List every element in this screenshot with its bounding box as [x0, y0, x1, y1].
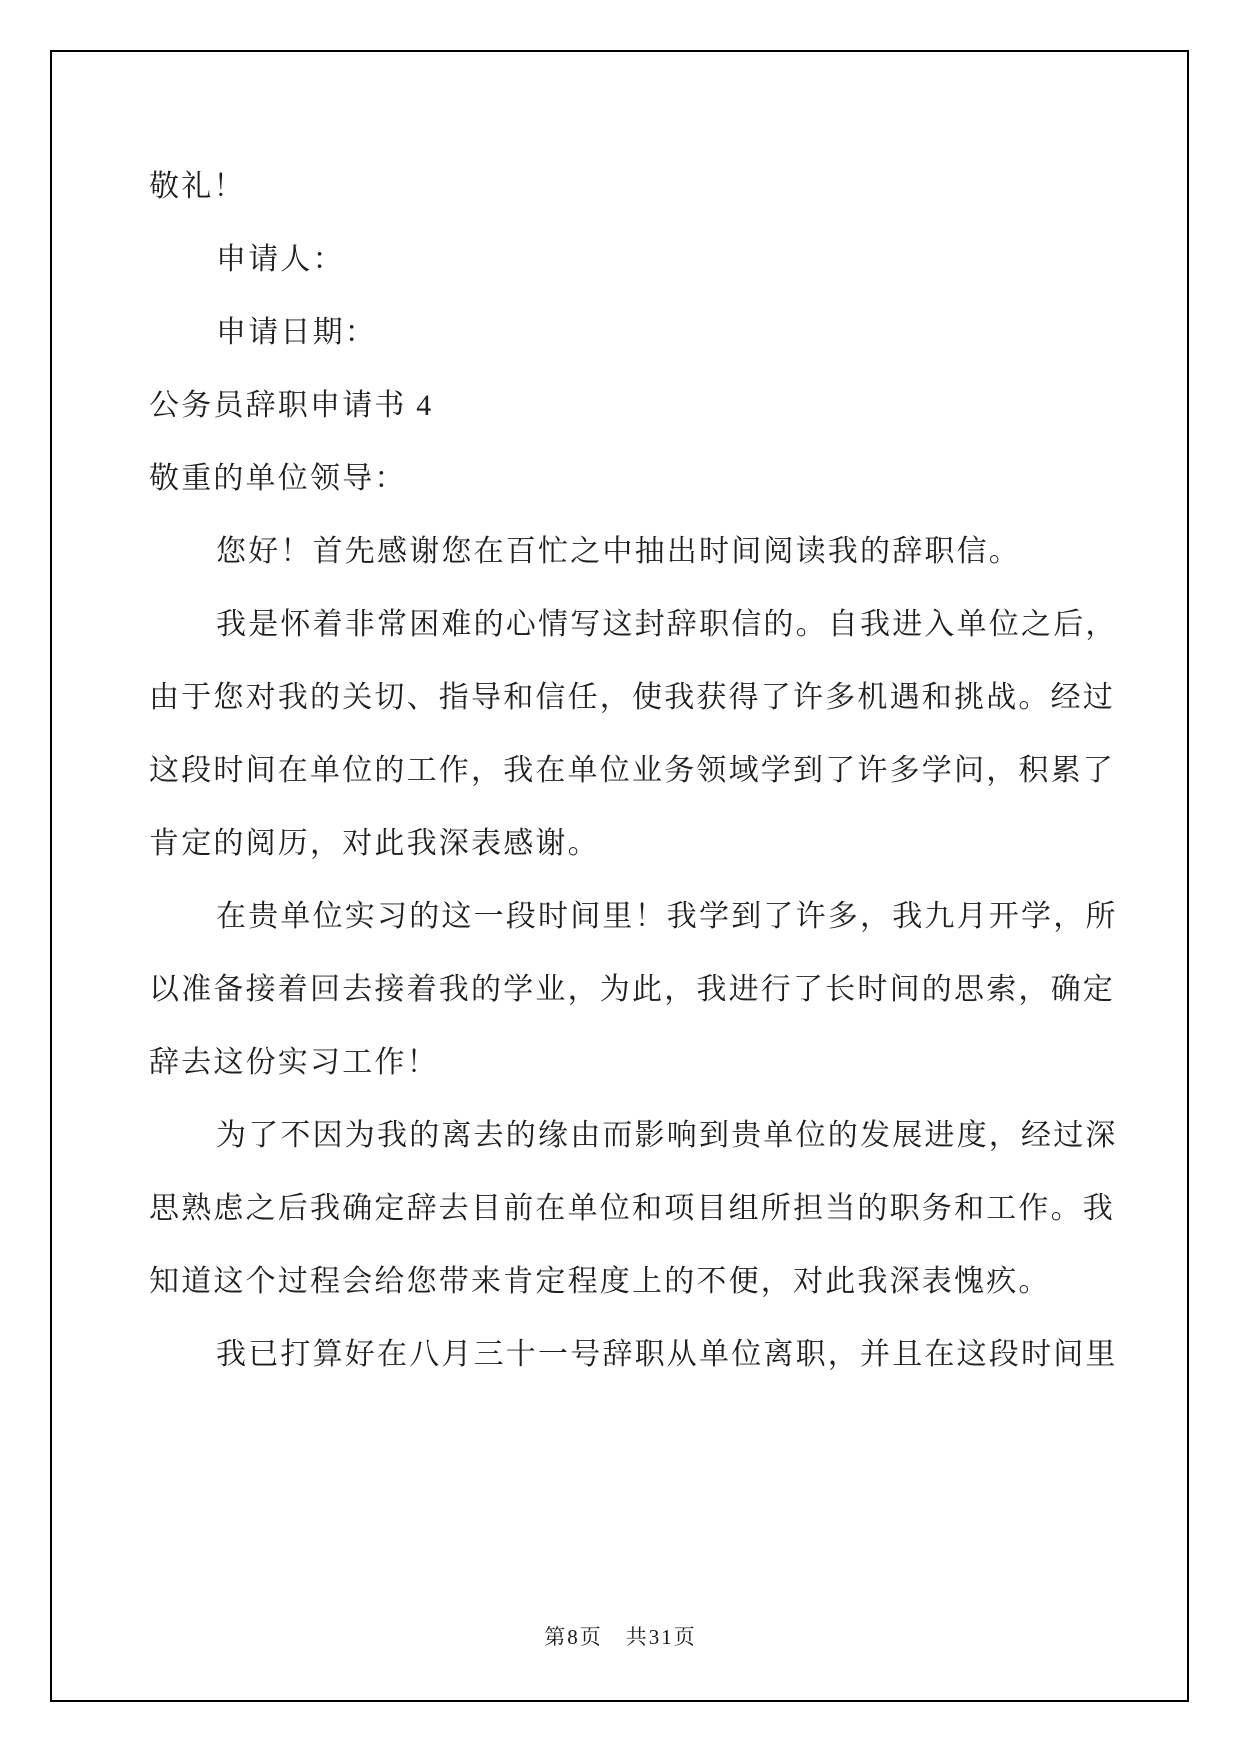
- text-line: 公务员辞职申请书 4: [149, 369, 1111, 442]
- text-line: 为了不因为我的离去的缘由而影响到贵单位的发展进度，经过深: [149, 1099, 1111, 1172]
- text-line: 您好！首先感谢您在百忙之中抽出时间阅读我的辞职信。: [149, 515, 1111, 588]
- text-line: 申请日期：: [149, 296, 1111, 369]
- text-line: 在贵单位实习的这一段时间里！我学到了许多，我九月开学，所: [149, 880, 1111, 953]
- document-page: { "document": { "lines": [ { "text": "敬礼…: [0, 0, 1241, 1754]
- text-line: 肯定的阅历，对此我深表感谢。: [149, 807, 1111, 880]
- page-number-label: 第8页 共31页: [544, 1625, 697, 1649]
- text-line: 这段时间在单位的工作，我在单位业务领域学到了许多学问，积累了: [149, 734, 1111, 807]
- text-line: 由于您对我的关切、指导和信任，使我获得了许多机遇和挑战。经过: [149, 661, 1111, 734]
- text-line: 我已打算好在八月三十一号辞职从单位离职，并且在这段时间里: [149, 1318, 1111, 1391]
- text-line: 申请人：: [149, 223, 1111, 296]
- document-body: 敬礼！申请人：申请日期：公务员辞职申请书 4敬重的单位领导：您好！首先感谢您在百…: [149, 150, 1111, 1391]
- text-line: 辞去这份实习工作！: [149, 1026, 1111, 1099]
- text-line: 思熟虑之后我确定辞去目前在单位和项目组所担当的职务和工作。我: [149, 1172, 1111, 1245]
- text-line: 我是怀着非常困难的心情写这封辞职信的。自我进入单位之后，: [149, 588, 1111, 661]
- text-line: 以准备接着回去接着我的学业，为此，我进行了长时间的思索，确定: [149, 953, 1111, 1026]
- text-line: 知道这个过程会给您带来肯定程度上的不便，对此我深表愧疚。: [149, 1245, 1111, 1318]
- text-line: 敬礼！: [149, 150, 1111, 223]
- text-line: 敬重的单位领导：: [149, 442, 1111, 515]
- page-footer: 第8页 共31页: [0, 1622, 1241, 1652]
